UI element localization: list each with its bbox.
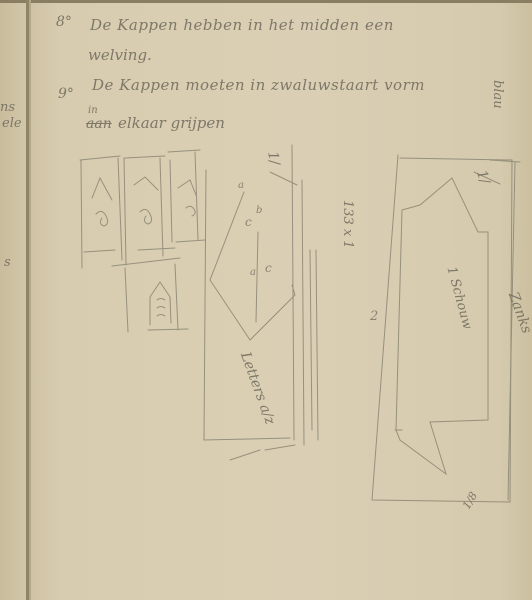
sketch-mark: b xyxy=(256,205,262,216)
sketchbook-page: ns ele s 8° De Kappen hebben in het midd… xyxy=(0,0,532,600)
fraction-label: 1/ xyxy=(264,150,282,166)
number-label: 2 xyxy=(369,309,378,324)
sketch-mark: a xyxy=(238,180,244,191)
sketch-mark: a xyxy=(250,267,256,278)
sketch-mark: c xyxy=(265,261,272,275)
dimensions-label: 133 x 1 xyxy=(340,200,355,249)
sketch-mark: c xyxy=(245,215,252,229)
